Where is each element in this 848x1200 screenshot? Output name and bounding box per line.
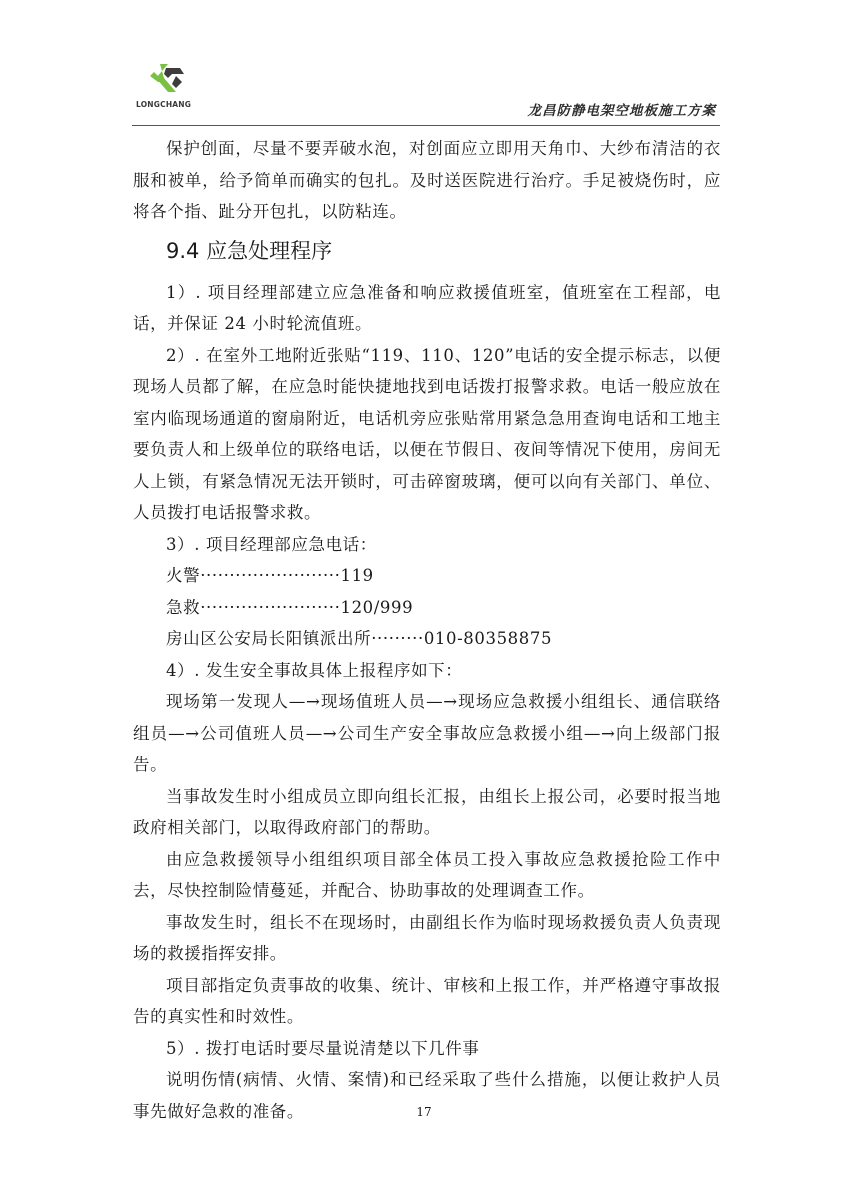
phone-entry-ambulance: 急救························120/999 [133, 592, 721, 624]
header-divider [132, 125, 720, 126]
phone-leader-dots: ························ [200, 598, 340, 617]
document-body: 保护创面，尽量不要弄破水泡，对创面应立即用天角巾、大纱布清洁的衣服和被单，给予简… [133, 133, 721, 1127]
document-page: LONGCHANG 龙昌防静电架空地板施工方案 保护创面，尽量不要弄破水泡，对创… [0, 0, 848, 1200]
phone-number: 120/999 [340, 598, 413, 617]
page-number: 17 [0, 1105, 848, 1119]
document-header-title: 龙昌防静电架空地板施工方案 [528, 99, 717, 119]
logo-text: LONGCHANG [136, 100, 191, 109]
phone-label: 火警 [166, 566, 200, 585]
report-paragraph: 事故发生时，组长不在现场时，由副组长作为临时现场救援负责人负责现场的救援指挥安排… [133, 907, 721, 970]
phone-number: 119 [340, 566, 373, 585]
company-logo: LONGCHANG [136, 62, 196, 112]
procedure-item-2: 2）. 在室外工地附近张贴“119、110、120”电话的安全提示标志，以便现场… [133, 340, 721, 529]
longchang-logo-icon [146, 62, 188, 98]
procedure-item-4-title: 4）. 发生安全事故具体上报程序如下： [133, 655, 721, 687]
phone-leader-dots: ········· [371, 629, 424, 648]
phone-label: 急救 [166, 598, 200, 617]
procedure-item-5-title: 5）. 拨打电话时要尽量说清楚以下几件事 [133, 1033, 721, 1065]
section-heading: 9.4 应急处理程序 [133, 236, 721, 267]
report-flow-paragraph: 现场第一发现人—→现场值班人员—→现场应急救援小组组长、通信联络组员—→公司值班… [133, 686, 721, 781]
report-paragraph: 由应急救援领导小组组织项目部全体员工投入事故应急救援抢险工作中去，尽快控制险情蔓… [133, 844, 721, 907]
phone-label: 房山区公安局长阳镇派出所 [166, 629, 371, 648]
report-paragraph: 项目部指定负责事故的收集、统计、审核和上报工作，并严格遵守事故报告的真实性和时效… [133, 970, 721, 1033]
phone-number: 010-80358875 [424, 629, 552, 648]
intro-paragraph: 保护创面，尽量不要弄破水泡，对创面应立即用天角巾、大纱布清洁的衣服和被单，给予简… [133, 133, 721, 228]
phone-entry-fire: 火警························119 [133, 560, 721, 592]
procedure-item-3: 3）. 项目经理部应急电话： [133, 529, 721, 561]
report-paragraph: 当事故发生时小组成员立即向组长汇报，由组长上报公司，必要时报当地政府相关部门，以… [133, 781, 721, 844]
phone-entry-police: 房山区公安局长阳镇派出所·········010-80358875 [133, 623, 721, 655]
phone-leader-dots: ························ [200, 566, 340, 585]
procedure-item-1: 1）. 项目经理部建立应急准备和响应救援值班室，值班室在工程部，电话，并保证 2… [133, 277, 721, 340]
